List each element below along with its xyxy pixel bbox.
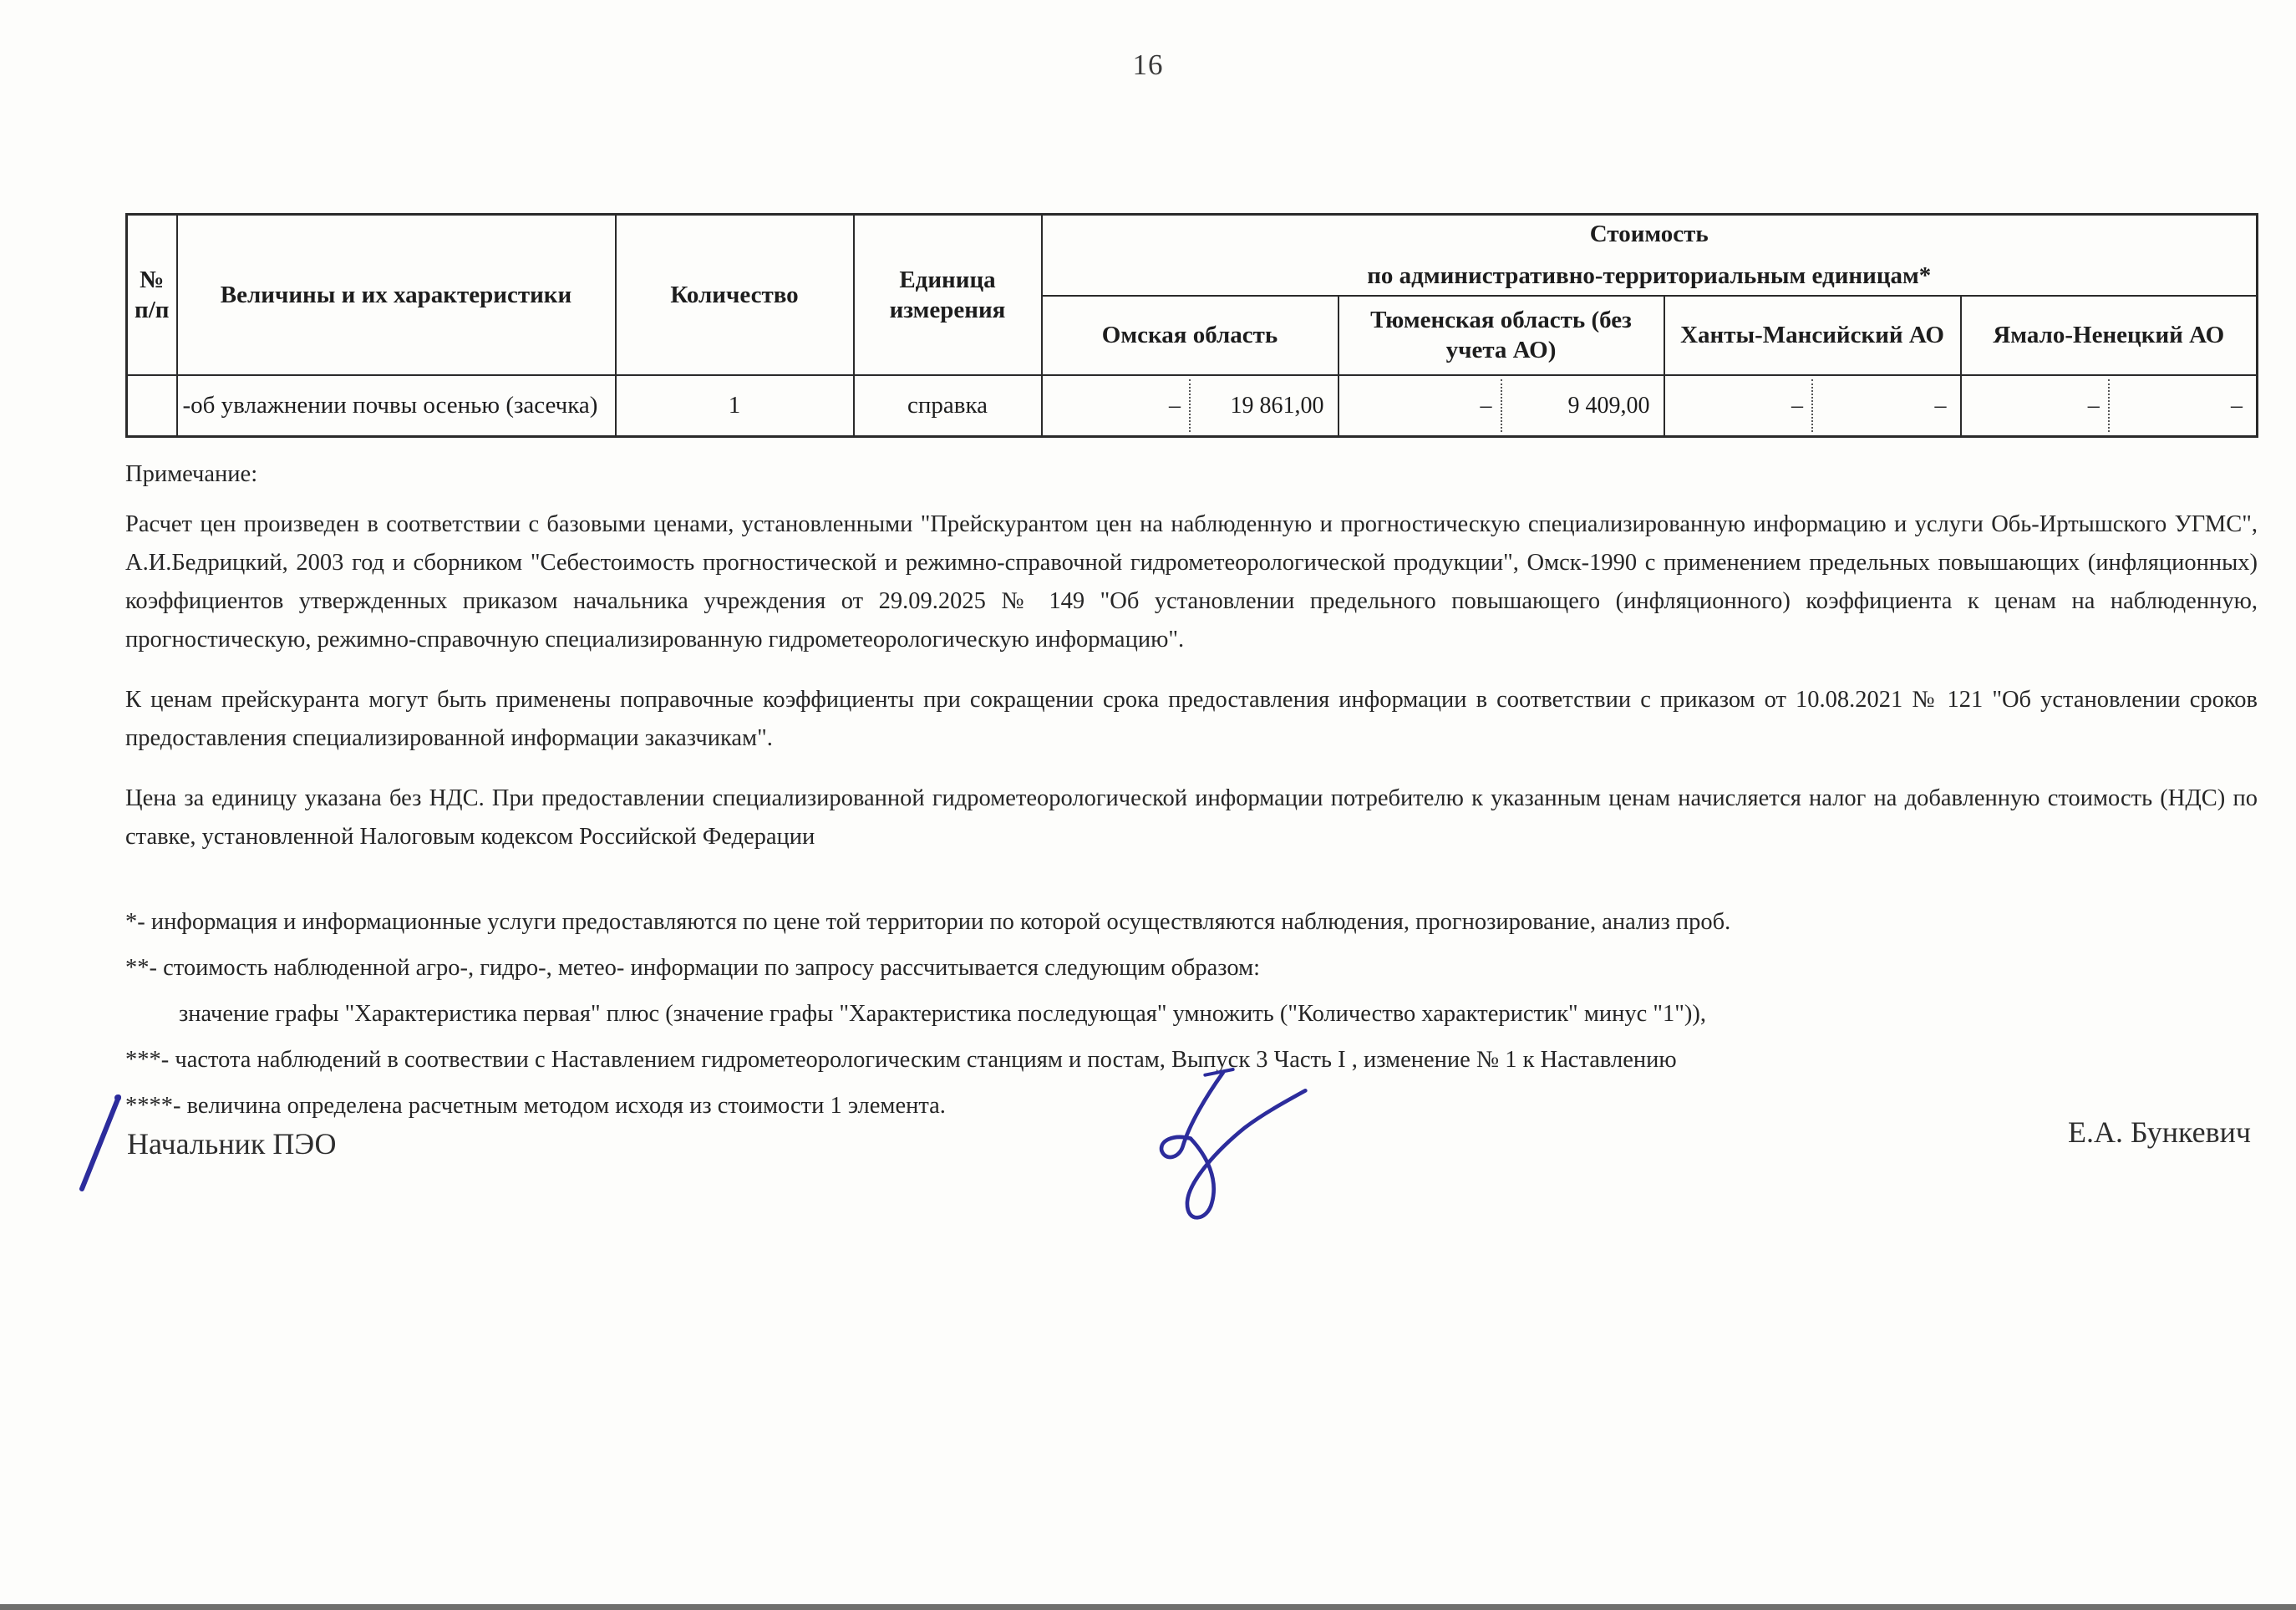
footnote-cost-calculation: **- стоимость наблюденной агро-, гидро-,… (125, 949, 2258, 988)
cell-quantity: 1 (616, 375, 854, 437)
scan-bottom-edge (0, 1604, 2296, 1610)
footnote-cost-formula: значение графы "Характеристика первая" п… (125, 995, 2258, 1034)
cell-unit: справка (854, 375, 1042, 437)
col-header-unit: Единица измерения (854, 215, 1042, 375)
cell-value-yamal-right: – (2110, 379, 2251, 432)
cell-num (127, 375, 177, 437)
col-header-num: № п/п (127, 215, 177, 375)
table-row: -об увлажнении почвы осенью (засечка) 1 … (127, 375, 2258, 437)
cell-value-tyumen-left: – (1344, 379, 1502, 432)
col-header-quantity: Количество (616, 215, 854, 375)
col-header-characteristics: Величины и их характеристики (177, 215, 616, 375)
handwritten-signature (1155, 1063, 1313, 1230)
footnote-territory: *- информация и информационные услуги пр… (125, 903, 2258, 942)
col-header-region-khanty: Ханты-Мансийский АО (1664, 296, 1961, 375)
note-paragraph-pricing-basis: Расчет цен произведен в соответствии с б… (125, 505, 2258, 659)
col-header-region-tyumen: Тюменская область (без учета АО) (1338, 296, 1664, 375)
cell-characteristics: -об увлажнении почвы осенью (засечка) (177, 375, 616, 437)
notes-section: Примечание: Расчет цен произведен в соот… (125, 455, 2258, 1133)
document-page: 16 № п/п Величины и их характеристики Ко… (0, 0, 2296, 1610)
price-table: № п/п Величины и их характеристики Колич… (125, 213, 2258, 438)
signer-name: Е.А. Бункевич (2068, 1115, 2251, 1150)
note-paragraph-vat: Цена за единицу указана без НДС. При пре… (125, 780, 2258, 856)
signer-position-title: Начальник ПЭО (127, 1126, 337, 1161)
note-paragraph-correction-coefficients: К ценам прейскуранта могут быть применен… (125, 681, 2258, 758)
col-header-region-yamal: Ямало-Ненецкий АО (1961, 296, 2258, 375)
cell-value-omsk: – 19 861,00 (1042, 375, 1338, 437)
cell-value-omsk-left: – (1048, 379, 1191, 432)
cell-value-yamal-left: – (1967, 379, 2110, 432)
cell-value-khanty: – – (1664, 375, 1961, 437)
pen-slash-mark (70, 1090, 129, 1199)
cell-value-yamal: – – (1961, 375, 2258, 437)
cell-value-omsk-right: 19 861,00 (1191, 379, 1333, 432)
cell-value-tyumen: – 9 409,00 (1338, 375, 1664, 437)
cost-group-line2: по административно-территориальным едини… (1048, 261, 2252, 291)
col-header-cost-group: Стоимость по административно-территориал… (1042, 215, 2258, 296)
cell-value-khanty-left: – (1670, 379, 1814, 432)
notes-title: Примечание: (125, 455, 2258, 494)
cell-value-tyumen-right: 9 409,00 (1502, 379, 1659, 432)
cell-value-khanty-right: – (1813, 379, 1955, 432)
cost-group-line1: Стоимость (1048, 219, 2252, 249)
page-number: 16 (0, 48, 2296, 82)
col-header-region-omsk: Омская область (1042, 296, 1338, 375)
